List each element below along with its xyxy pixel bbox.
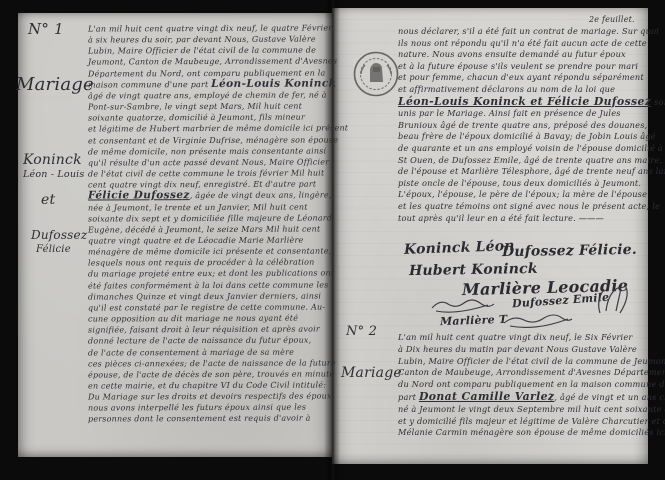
folio-note: 2e feuillet.	[589, 15, 635, 24]
text-line: ils nous ont répondu qu'il n'a été fait …	[398, 38, 652, 50]
text-line: beau frère de l'époux domicilié à Bavay;…	[398, 131, 652, 143]
groom-firstnames-note: Léon - Louis	[23, 169, 84, 180]
act2-body: L'an mil huit cent quatre vingt dix neuf…	[398, 332, 654, 439]
text-line: Canton de Maubeuge, Arrondissement d'Ave…	[398, 367, 654, 379]
text-line: et à la future épouse s'ils veulent se p…	[398, 61, 652, 73]
act-type-note: Mariage	[341, 365, 402, 381]
text-line: et pour femme, chacun d'eux ayant répond…	[398, 72, 652, 84]
text-line: née à Jeumont, le trente et un Janvier, …	[88, 201, 334, 213]
emphasized-name: Léon-Louis Koninck et Félicie Dufossez	[398, 95, 651, 108]
emphasized-name: Donat Camille Varlez	[419, 390, 554, 403]
signature-flourish-icon	[592, 283, 632, 321]
text-line: L'époux, l'épouse, le père de l'époux; l…	[398, 189, 652, 201]
text-line: Félicie Dufossez, âgée de vingt deux ans…	[88, 190, 334, 202]
emphasized-name: Félicie Dufossez	[88, 189, 190, 201]
groom-surname-note: Koninck	[23, 152, 82, 168]
text-line: St Ouen, de Dufossez Emile, âgé de trent…	[398, 155, 652, 167]
text-line: du mariage projeté entre eux; et dont le…	[88, 268, 334, 280]
text-line: Brunioux âgé de trente quatre ans, prépo…	[398, 120, 652, 132]
text-line: été faites conformément à la loi dans ce…	[88, 279, 334, 291]
bride-firstname-note: Félicie	[36, 244, 71, 255]
text-line: et les quatre témoins ont signé avec nou…	[398, 201, 652, 213]
text-line: Mélanie Carmin ménagère son épouse de mê…	[398, 427, 654, 439]
text-line: personnes dont le consentement est requi…	[88, 413, 334, 425]
bride-surname-note: Dufossez	[31, 228, 87, 242]
signature-dufossez-felicie: Dufossez Félicie.	[502, 242, 637, 260]
text-line: dimanches Quinze et vingt deux Janvier d…	[88, 290, 334, 302]
text-line: soixante dix sept et y domiciliée fille …	[88, 212, 334, 224]
text-line: nature. Nous avons ensuite demandé au fu…	[398, 49, 652, 61]
act-type-note: Mariage	[16, 74, 94, 95]
text-line: né à Jeumont le vingt deux Septembre mil…	[398, 404, 654, 416]
signature-marliere-t: Marlière T	[440, 313, 508, 328]
round-official-stamp-icon	[353, 51, 399, 97]
text-line: nous déclarer, s'il a été fait un contra…	[398, 26, 652, 38]
register-scan: ........................................…	[0, 0, 665, 480]
text-line: donné lecture de l'acte de naissance du …	[88, 335, 334, 347]
text-line: de l'épouse et Marlière Télesphore, âgé …	[398, 166, 652, 178]
act1-body-right: nous déclarer, s'il a été fait un contra…	[398, 26, 652, 224]
text-line: et consentant et de Virginie Dufrise, mé…	[88, 134, 334, 146]
text-line: Léon-Louis Koninck et Félicie Dufossez s…	[398, 96, 652, 109]
text-line: tout après qu'il leur en a été fait lect…	[398, 213, 652, 225]
emphasized-name: Léon-Louis Koninck	[211, 77, 336, 90]
signature-hubert-koninck: Hubert Koninck	[409, 261, 538, 279]
text-line: Jeumont, Canton de Maubeuge, Arrondissem…	[88, 56, 334, 68]
text-line: piste oncle de l'épouse, tous deux domic…	[398, 178, 652, 190]
text-line: ces pièces ci-annexées; de l'acte de nai…	[88, 357, 334, 369]
text-line: et y domicilié fils majeur et légitime d…	[398, 416, 654, 428]
act-number-note: N° 1	[28, 20, 64, 38]
text-line: Lubin, Maire Officier de l'état civil de…	[398, 356, 654, 368]
text-line: à Dix heures du matin par devant Nous Gu…	[398, 344, 654, 356]
text-line: L'an mil huit cent quatre vingt dix neuf…	[398, 332, 654, 344]
signature-flourish-icon	[502, 314, 574, 334]
act1-body-left: L'an mil huit cent quatre vingt dix neuf…	[88, 23, 334, 425]
text-line: unis par le Mariage. Ainsi fait en prése…	[398, 108, 652, 120]
text-line: de même domicile, non présente mais cons…	[88, 145, 334, 157]
text-line: de l'acte de consentement à mariage de s…	[88, 346, 334, 358]
conjunction-note: et	[41, 192, 55, 208]
text-line: part Donat Camille Varlez, âgé de vingt …	[398, 391, 654, 404]
text-line: et légitime de Hubert marbrier de même d…	[88, 123, 334, 135]
act-number-note: N° 2	[346, 324, 377, 339]
text-line: de quarante et un ans employé voisin de …	[398, 143, 652, 155]
